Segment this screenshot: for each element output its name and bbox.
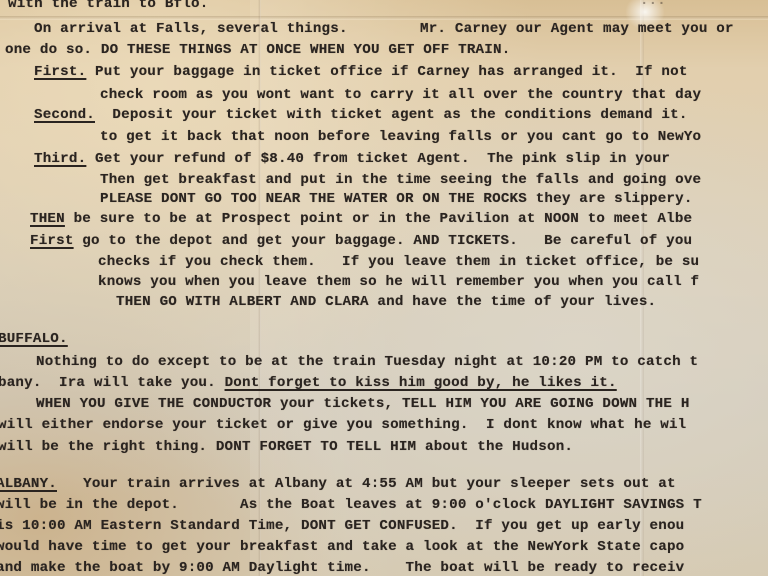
text-line: PLEASE DONT GO TOO NEAR THE WATER OR ON …: [100, 192, 693, 206]
section-label-third: Third.: [34, 151, 86, 167]
section-heading-buffalo: BUFFALO.: [0, 332, 68, 346]
section-label-first: First.: [34, 64, 86, 80]
text-line: Second. Deposit your ticket with ticket …: [34, 108, 688, 122]
text-line: Mr. Carney our Agent may meet you or: [420, 22, 734, 36]
text-line: First. Put your baggage in ticket office…: [34, 65, 688, 79]
text-line: First go to the depot and get your bagga…: [30, 234, 692, 248]
section-label-second: Second.: [34, 107, 95, 123]
top-partial-text: ...: [640, 0, 666, 9]
text-line: THEN GO WITH ALBERT AND CLARA and have t…: [116, 295, 656, 309]
text-line: check room as you wont want to carry it …: [100, 88, 701, 102]
text-line: to get it back that noon before leaving …: [100, 130, 701, 144]
section-label-first-2: First: [30, 233, 74, 249]
text-line: will either endorse your ticket or give …: [0, 418, 686, 432]
text-line: would have time to get your breakfast an…: [0, 540, 684, 554]
section-label-then: THEN: [30, 211, 65, 227]
text-line: checks if you check them. If you leave t…: [98, 255, 699, 269]
typewritten-letter: ... with the train to Bflo. On arrival a…: [0, 0, 768, 576]
text-line: will be the right thing. DONT FORGET TO …: [0, 440, 573, 454]
text-line: ALBANY. Your train arrives at Albany at …: [0, 477, 676, 491]
text-line: and make the boat by 9:00 AM Daylight ti…: [0, 561, 684, 575]
text-line: Third. Get your refund of $8.40 from tic…: [34, 152, 670, 166]
text-line: Then get breakfast and put in the time s…: [100, 173, 701, 187]
underlined-note: Dont forget to kiss him good by, he like…: [225, 375, 617, 391]
text-line: knows you when you leave them so he will…: [98, 275, 699, 289]
text-line: WHEN YOU GIVE THE CONDUCTOR your tickets…: [36, 397, 690, 411]
text-line: with the train to Bflo.: [8, 0, 208, 11]
text-line: is 10:00 AM Eastern Standard Time, DONT …: [0, 519, 684, 533]
text-line: Nothing to do except to be at the train …: [36, 355, 698, 369]
text-line: THEN be sure to be at Prospect point or …: [30, 212, 692, 226]
text-line: will be in the depot. As the Boat leaves…: [0, 498, 702, 512]
text-line: bany. Ira will take you. Dont forget to …: [0, 376, 617, 390]
section-heading-albany: ALBANY.: [0, 476, 57, 492]
text-line: one do so. DO THESE THINGS AT ONCE WHEN …: [5, 43, 510, 57]
text-line: On arrival at Falls, several things.: [34, 22, 348, 36]
